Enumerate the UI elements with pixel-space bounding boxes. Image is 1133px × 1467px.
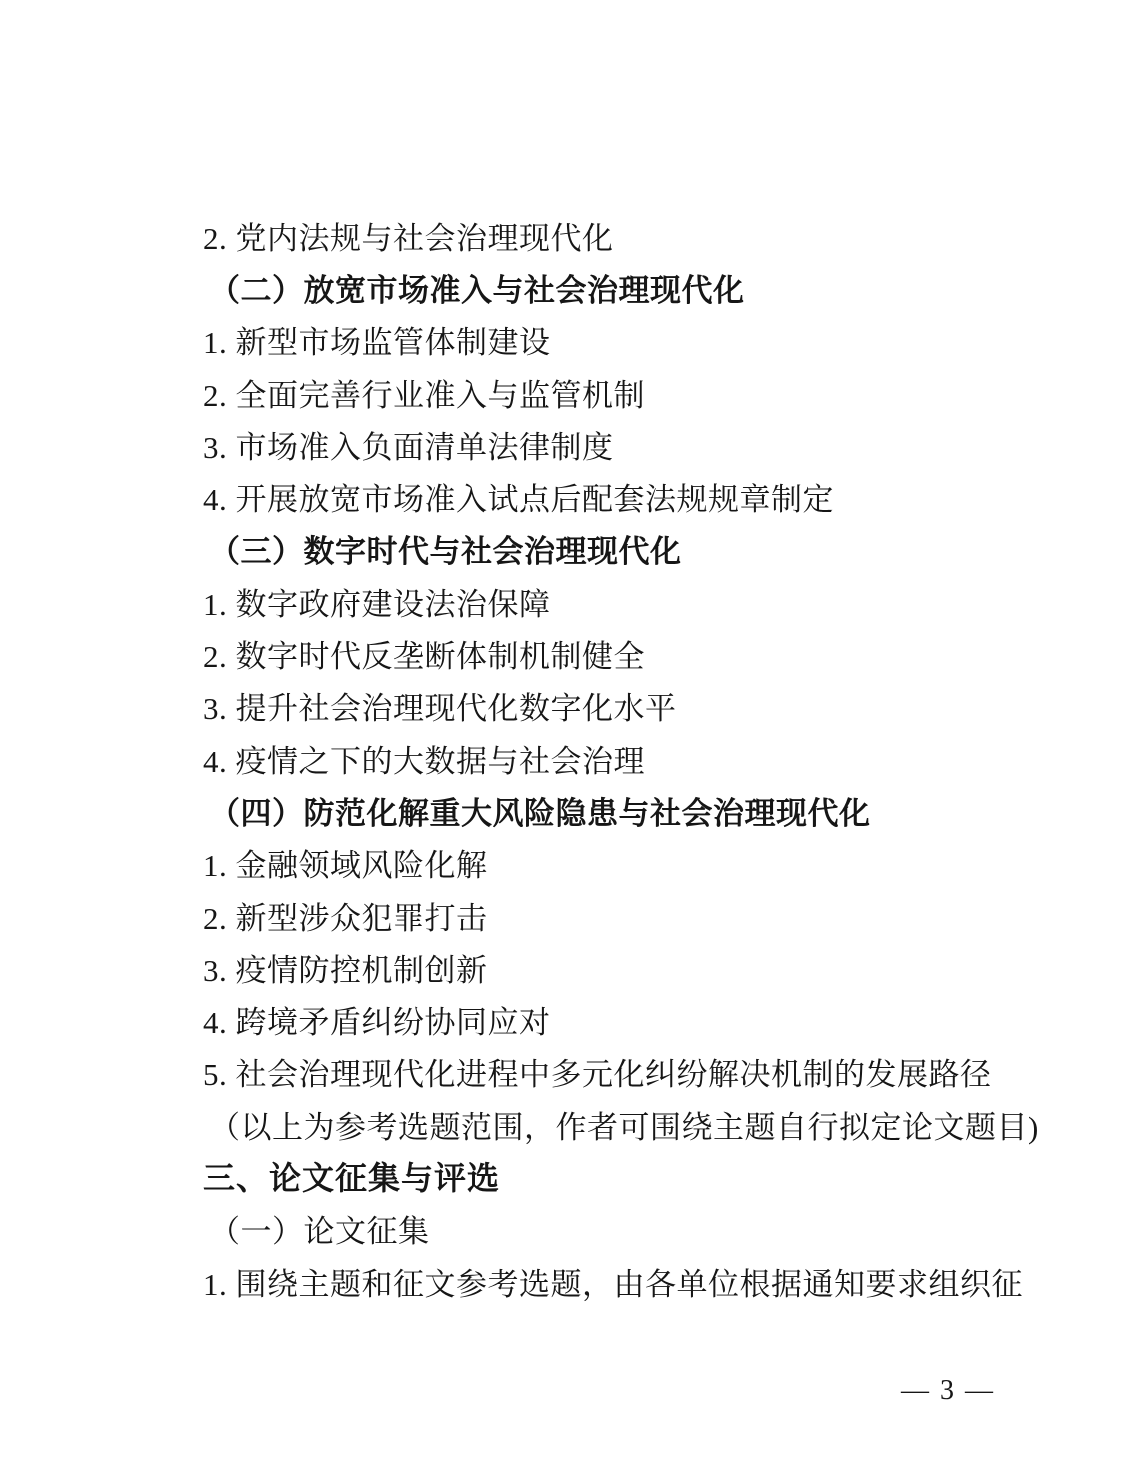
chapter-heading: 三、论文征集与评选 [203,1150,1053,1202]
section-heading: （二）放宽市场准入与社会治理现代化 [203,261,1053,313]
scope-note: （以上为参考选题范围，作者可围绕主题自行拟定论文题目) [203,1098,1053,1150]
list-item: 2. 党内法规与社会治理现代化 [203,209,1053,261]
list-item: 3. 提升社会治理现代化数字化水平 [203,680,1053,732]
document-page: 2. 党内法规与社会治理现代化 （二）放宽市场准入与社会治理现代化 1. 新型市… [0,0,1133,1467]
list-item: 4. 疫情之下的大数据与社会治理 [203,732,1053,784]
list-item: 5. 社会治理现代化进程中多元化纠纷解决机制的发展路径 [203,1046,1053,1098]
list-item: 4. 跨境矛盾纠纷协同应对 [203,993,1053,1045]
list-item: 3. 市场准入负面清单法律制度 [203,418,1053,470]
paragraph-line: 1. 围绕主题和征文参考选题，由各单位根据通知要求组织征 [203,1255,1053,1307]
list-item: 3. 疫情防控机制创新 [203,941,1053,993]
list-item: 1. 新型市场监管体制建设 [203,314,1053,366]
list-item: 2. 数字时代反垄断体制机制健全 [203,627,1053,679]
document-content: 2. 党内法规与社会治理现代化 （二）放宽市场准入与社会治理现代化 1. 新型市… [203,209,1053,1307]
list-item: 4. 开展放宽市场准入试点后配套法规规章制定 [203,470,1053,522]
section-heading: （一）论文征集 [203,1203,1053,1255]
section-heading: （三）数字时代与社会治理现代化 [203,523,1053,575]
page-number: — 3 — [901,1375,995,1407]
list-item: 2. 全面完善行业准入与监管机制 [203,366,1053,418]
section-heading: （四）防范化解重大风险隐患与社会治理现代化 [203,784,1053,836]
list-item: 1. 金融领域风险化解 [203,837,1053,889]
list-item: 2. 新型涉众犯罪打击 [203,889,1053,941]
list-item: 1. 数字政府建设法治保障 [203,575,1053,627]
